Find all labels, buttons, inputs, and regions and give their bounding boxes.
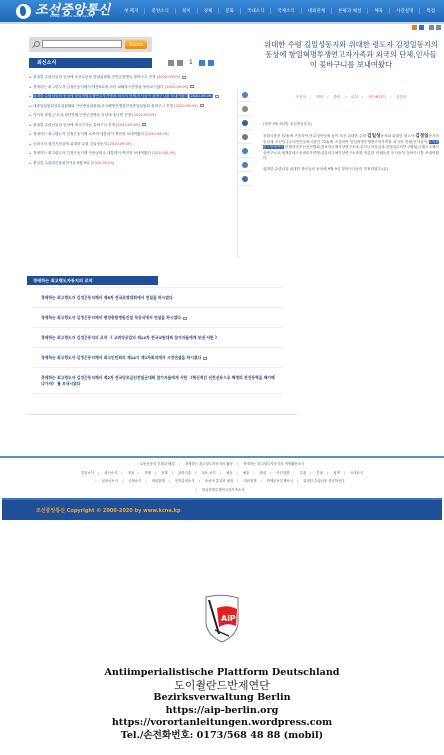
share-button[interactable] bbox=[238, 130, 252, 144]
footer-link[interactable]: 국제소식 bbox=[124, 479, 145, 483]
footer-link[interactable]: 성명 bbox=[329, 471, 344, 475]
org-branch: Bezirksverwaltung Berlin bbox=[0, 692, 444, 705]
org-name: Antiimperialistische Plattform Deutschla… bbox=[0, 667, 444, 680]
article-paragraph: 공화국창건 72돐에 즈음하여 만수대언덕에 높이 모신 위대한 수령 김일성동… bbox=[263, 134, 439, 162]
footer-link[interactable]: 체육 bbox=[222, 471, 237, 475]
footer-link[interactable]: 조선의 통일과 평화 bbox=[201, 479, 237, 483]
nav-item[interactable]: 국제소식 bbox=[270, 8, 300, 14]
first-page-icon[interactable] bbox=[168, 60, 174, 66]
footer-link[interactable]: 론평 bbox=[312, 471, 327, 475]
nav-item[interactable]: 국내소식 bbox=[240, 8, 270, 14]
globe-icon bbox=[16, 4, 31, 19]
kcna-logo[interactable]: 조선중앙통신 bbox=[16, 1, 110, 21]
print-icon bbox=[242, 92, 248, 98]
copyright-text: 조선중앙통신 Copyright © 2000-2020 by www.kcna… bbox=[36, 507, 181, 514]
save-button[interactable] bbox=[238, 116, 252, 130]
section-divider bbox=[27, 414, 297, 415]
print-button[interactable] bbox=[238, 88, 252, 102]
nav-item[interactable]: 체육 bbox=[367, 8, 389, 14]
search-box: Search bbox=[29, 37, 152, 52]
next-page-icon[interactable] bbox=[199, 60, 205, 66]
back-icon bbox=[242, 176, 248, 182]
svg-text:AiP: AiP bbox=[221, 614, 236, 623]
latest-news-heading: 최신소식 bbox=[29, 58, 152, 68]
footer-link[interactable]: 경제 bbox=[140, 471, 155, 475]
language-link[interactable]: 중어 bbox=[334, 95, 341, 99]
prev-page-icon[interactable] bbox=[177, 60, 183, 66]
logo-subtitle: Korean Central News Agency bbox=[50, 14, 93, 18]
footer-link[interactable]: 문화 bbox=[157, 471, 172, 475]
footer-link[interactable]: 위대한 수령님을 칭송하신다 bbox=[299, 479, 348, 483]
footer-link[interactable]: 민족분렬소식 bbox=[171, 479, 199, 483]
zoom-out-button[interactable] bbox=[238, 158, 252, 172]
back-button[interactable] bbox=[238, 172, 252, 186]
last-page-icon[interactable] bbox=[208, 60, 214, 66]
article-title: 위대한 수령 김일성동지와 위대한 령도자 김정일동지의 동상에 항일혁명투쟁연… bbox=[262, 40, 440, 70]
language-links: 조선어/ 영어/ 중어/ 로어/ 에스빠냐어/ 일본어 bbox=[262, 95, 440, 100]
save-icon bbox=[242, 120, 248, 126]
nav-item[interactable]: 론평과 해설 bbox=[331, 8, 367, 14]
works-item[interactable]: 경애하는 최고령도자 김정은동지께서 제2차 전국당초급선전일군대회 참가자들에… bbox=[33, 368, 283, 394]
top-navigation-bar: 조선중앙통신 Korean Central News Agency 첫 페지 중… bbox=[0, 0, 444, 22]
footer-row: | 항일혁명투쟁연고자가족소식 bbox=[0, 486, 444, 495]
footer-link[interactable]: 사진설명 bbox=[272, 471, 293, 475]
nav-item[interactable]: 대외관계 bbox=[301, 8, 331, 14]
footer-link[interactable]: 예술 bbox=[239, 471, 254, 475]
works-item[interactable]: 경애하는 최고령도자 김정은동지께서 평양종합병원건설 착공식에서 연설을 하시… bbox=[33, 308, 283, 328]
news-item[interactable]: 위대한 수령님들의 동상에 조선로동당 중앙위원회,인민군장병들 꽃바구니 진정… bbox=[29, 75, 229, 81]
footer-link[interactable]: 경애하는 최고령도자동지의 혁명활동소식 bbox=[239, 462, 308, 466]
nav-item[interactable]: 사진설명 bbox=[389, 8, 419, 14]
works-item[interactable]: 경애하는 최고령도자 김정은동지께서 제6차 전국로병대회에서 연설을 하시였다 bbox=[33, 288, 283, 308]
org-phone: Tel./손전화번호: 0173/568 48 88 (mobil) bbox=[0, 730, 444, 743]
footer-link[interactable]: 반제공동투쟁소식 bbox=[263, 479, 297, 483]
copyright-bar: 조선중앙통신 Copyright © 2000-2020 by www.kcna… bbox=[2, 498, 442, 520]
nav-item[interactable]: 특집 bbox=[419, 8, 441, 14]
search-button[interactable]: Search bbox=[125, 40, 147, 49]
footer-row: | 남조선소식| 국제소식| 대외관계| 민족분렬소식| 조선의 통일과 평화|… bbox=[0, 477, 444, 486]
zoom-in-icon bbox=[242, 148, 248, 154]
article-paragraph: 위대한 수령님과 위대한 장군님의 동상에 9월 9일 꽃바구니들이 진정되였다… bbox=[263, 167, 439, 173]
footer-divider bbox=[0, 456, 444, 458]
print-icon[interactable] bbox=[419, 25, 424, 30]
language-link[interactable]: 일본어 bbox=[396, 95, 406, 99]
news-item[interactable]: 대중앙위원회상무위원회와 사민중앙위원회,조국해방전쟁참전자중앙위원회 꽃바구니… bbox=[29, 104, 229, 110]
news-item[interactable]: 위대한 수령님들의 동상에 외국인사들 꽃바구니 진정 [2020.09.09] bbox=[29, 123, 229, 129]
camera-icon bbox=[183, 317, 187, 320]
news-item[interactable]: 각지의 당원,근로자,청년학생,인민군장병들 동상에 꽃다발 진정 [2020.… bbox=[29, 113, 229, 119]
footer-link[interactable]: 중앙소식 bbox=[77, 471, 98, 475]
article-tools-column bbox=[237, 88, 251, 258]
nav-item[interactable]: 정치 bbox=[175, 8, 197, 14]
footer-link[interactable]: 대외관계 bbox=[148, 479, 169, 483]
pagination: 1 bbox=[168, 59, 214, 66]
main-menu: 첫 페지 중앙소식 정치 경제 문화 국내소식 국제소식 대외관계 론평과 해설… bbox=[118, 0, 441, 22]
share-icon bbox=[242, 134, 248, 140]
news-item[interactable]: 경애하는 최고령도자 김정은동지께 로씨야 대통령이 축전을 보내여왔다 [20… bbox=[29, 132, 229, 138]
email-button[interactable] bbox=[238, 102, 252, 116]
language-link[interactable]: 조선어 bbox=[296, 95, 306, 99]
latest-news-list: 위대한 수령님들의 동상에 조선로동당 중앙위원회,인민군장병들 꽃바구니 진정… bbox=[29, 75, 229, 170]
camera-icon bbox=[215, 95, 219, 98]
footer-link[interactable]: 교육-보건 bbox=[197, 471, 219, 475]
news-item[interactable]: 경애하는 최고령도자 김정은동지께서 태풍9호에 의한 피해복구현장을 돌아보시… bbox=[29, 85, 229, 91]
article-body: 공화국창건 72돐에 즈음하여 만수대언덕에 높이 모신 위대한 수령 김일성동… bbox=[263, 134, 439, 177]
footer-link[interactable]: 정치 bbox=[124, 471, 139, 475]
language-link[interactable]: 에스빠냐어 bbox=[368, 95, 385, 99]
nav-item[interactable]: 경제 bbox=[197, 8, 219, 14]
news-item[interactable]: 충실한 수령결사옹위전사들 9월 9일 [2020.09.09] bbox=[29, 161, 229, 167]
search-icon bbox=[34, 41, 40, 47]
bookmark-icon[interactable] bbox=[412, 25, 417, 30]
news-item-selected[interactable]: 위대한 수령님들의 동상에 항일혁명투쟁연고자가족과 외국의 단체,인사들이 꽃… bbox=[29, 94, 229, 100]
text-size-icon[interactable] bbox=[429, 25, 434, 30]
works-item[interactable]: 경애하는 최고령도자 김정은동지께서 최고인민회의 제14기 제1차회의에서 시… bbox=[33, 348, 283, 368]
aip-contact-block: Antiimperialistische Plattform Deutschla… bbox=[0, 667, 444, 743]
footer-link[interactable]: 과학기술 bbox=[174, 471, 195, 475]
current-page[interactable]: 1 bbox=[186, 59, 196, 66]
footer-link[interactable]: 경애하는 최고령도자동지의 활동 bbox=[181, 462, 237, 466]
camera-icon bbox=[200, 104, 204, 107]
aip-logo: AiP bbox=[203, 594, 241, 644]
camera-icon bbox=[190, 85, 194, 88]
camera-icon bbox=[203, 357, 207, 360]
org-name-korean: 도이췰란드반제연단 bbox=[0, 680, 444, 693]
search-input[interactable] bbox=[42, 40, 122, 48]
org-blog-link[interactable]: https://vorortanleitungen.wordpress.com bbox=[0, 717, 444, 730]
zoom-out-icon bbox=[242, 162, 248, 168]
footer-link[interactable]: 국내소식 bbox=[346, 471, 367, 475]
nav-item[interactable]: 중앙소식 bbox=[144, 8, 174, 14]
header-divider bbox=[0, 22, 444, 24]
works-item[interactable]: 경애하는 최고령도자 김정은동지의 로작 《 고려약공업의 제14차 전국교원대… bbox=[33, 328, 283, 348]
leader-works-list: 경애하는 최고령도자 김정은동지께서 제6차 전국로병대회에서 연설을 하시였다… bbox=[33, 287, 283, 394]
footer-row: 로동신문의 론평과 해설| 경애하는 최고령도자동지의 활동| 경애하는 최고령… bbox=[0, 460, 444, 469]
footer-link[interactable]: 항일혁명투쟁연고자가족소식 bbox=[198, 488, 249, 492]
footer-row: 중앙소식| 최신소식| 정치| 경제| 문화| 과학기술| 교육-보건| 체육|… bbox=[0, 469, 444, 478]
language-link[interactable]: 로어 bbox=[351, 95, 358, 99]
text-size-small-icon[interactable] bbox=[436, 25, 441, 30]
footer-link[interactable]: 남조선소식 bbox=[98, 479, 122, 483]
leader-works-heading: 경애하는 최고령도자동지의 로작 bbox=[27, 276, 158, 285]
news-item[interactable]: 경애하는 최고령도자 김정은동지께 꾸바공화국 대통령이 축전을 보내여왔다 [… bbox=[29, 151, 229, 157]
nav-item[interactable]: 문화 bbox=[218, 8, 240, 14]
email-icon bbox=[242, 106, 248, 112]
footer-link[interactable]: 관광 bbox=[255, 471, 270, 475]
page-tools bbox=[412, 25, 441, 30]
org-website-link[interactable]: https://aip-berlin.org bbox=[0, 705, 444, 718]
footer-link[interactable]: 최신소식 bbox=[100, 471, 121, 475]
footer-link[interactable]: 로동신문의 론평과 해설 bbox=[136, 462, 179, 466]
news-item[interactable]: 공화국의 창건기념일에 위대한 수령 김일성동지 [2020.09.09] bbox=[29, 142, 229, 148]
nav-item[interactable]: 첫 페지 bbox=[118, 8, 144, 14]
article-dateline: (평양 9월 9일발 조선중앙통신) bbox=[263, 122, 312, 127]
camera-icon bbox=[182, 76, 186, 79]
footer-link[interactable]: 특집 bbox=[296, 471, 311, 475]
footer-link[interactable]: 대외정책 bbox=[239, 479, 260, 483]
zoom-in-button[interactable] bbox=[238, 144, 252, 158]
footer-navigation: 로동신문의 론평과 해설| 경애하는 최고령도자동지의 활동| 경애하는 최고령… bbox=[0, 460, 444, 494]
camera-icon bbox=[142, 123, 146, 126]
